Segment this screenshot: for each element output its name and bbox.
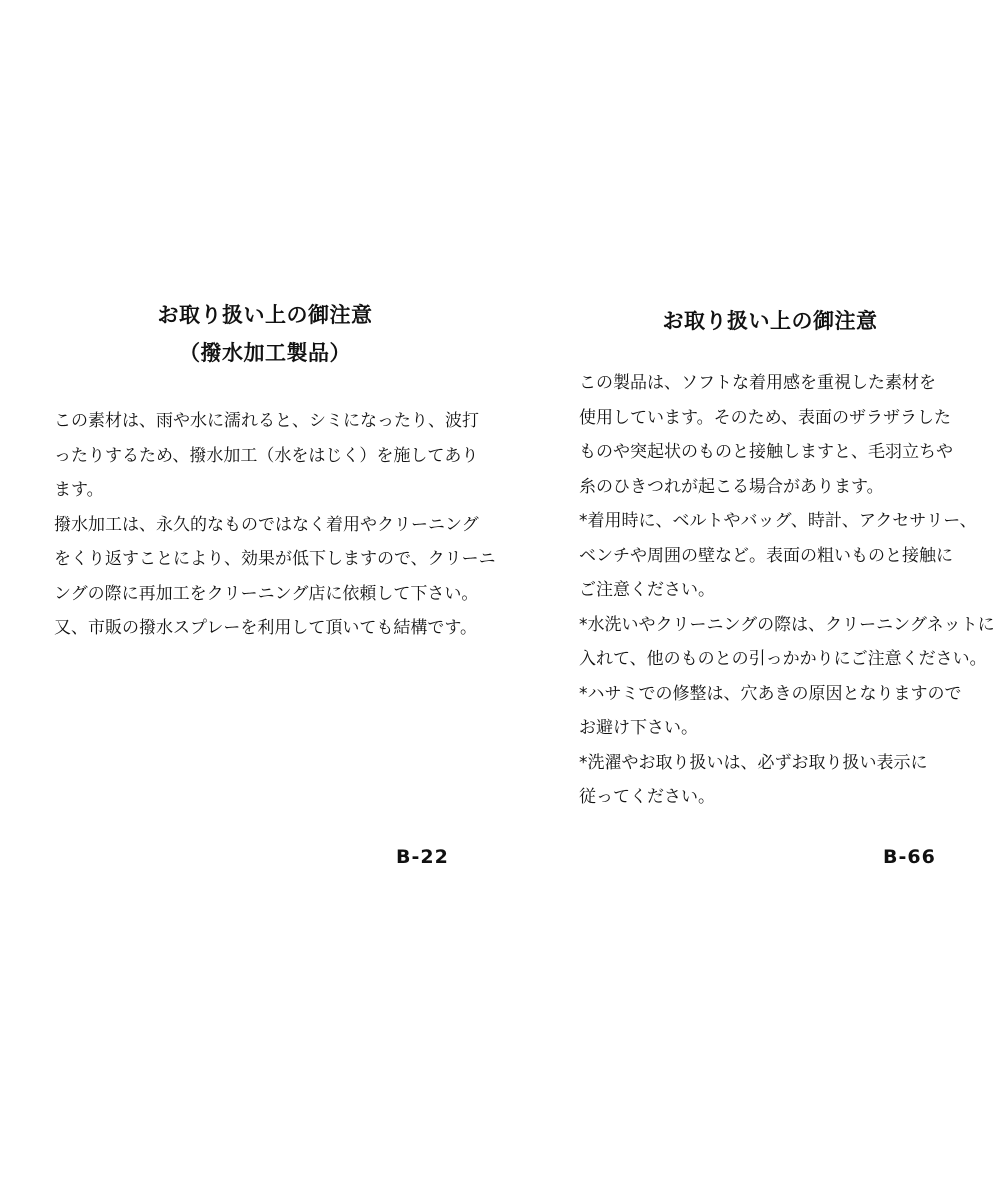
body-line: この素材は、雨や水に濡れると、シミになったり、波打 (54, 404, 510, 439)
body-line: お避け下さい。 (579, 711, 970, 746)
body-line: をくり返すことにより、効果が低下しますので、クリーニ (54, 542, 510, 577)
title-block: お取り扱い上の御注意 （撥水加工製品） (40, 296, 490, 372)
body-line: ます。 (54, 473, 510, 508)
notice-title: お取り扱い上の御注意 (570, 302, 970, 340)
body-line: ベンチや周囲の壁など。表面の粗いものと接触に (579, 539, 970, 574)
body-line: ングの際に再加工をクリーニング店に依頼して下さい。 (54, 577, 510, 612)
body-line: ものや突起状のものと接触しますと、毛羽立ちや (579, 435, 970, 470)
body-line: 従ってください。 (579, 780, 970, 815)
care-notice-water-repellent: お取り扱い上の御注意 （撥水加工製品） この素材は、雨や水に濡れると、シミになっ… (40, 296, 510, 646)
care-notice-soft-material: お取り扱い上の御注意 この製品は、ソフトな着用感を重視した素材を 使用しています… (570, 302, 970, 815)
body-line: ったりするため、撥水加工（水をはじく）を施してあり (54, 439, 510, 474)
notice-subtitle: （撥水加工製品） (40, 334, 490, 372)
notice-code-b22: B-22 (396, 846, 449, 868)
body-line: *着用時に、ベルトやバッグ、時計、アクセサリー、 (579, 504, 970, 539)
body-line: 糸のひきつれが起こる場合があります。 (579, 470, 970, 505)
body-line: *洗濯やお取り扱いは、必ずお取り扱い表示に (579, 746, 970, 781)
notice-body: この製品は、ソフトな着用感を重視した素材を 使用しています。そのため、表面のザラ… (570, 366, 970, 815)
body-line: 使用しています。そのため、表面のザラザラした (579, 401, 970, 436)
body-line: ご注意ください。 (579, 573, 970, 608)
body-line: 撥水加工は、永久的なものではなく着用やクリーニング (54, 508, 510, 543)
body-line: 入れて、他のものとの引っかかりにご注意ください。 (579, 642, 970, 677)
body-line: 又、市販の撥水スプレーを利用して頂いても結構です。 (54, 611, 510, 646)
body-line: *水洗いやクリーニングの際は、クリーニングネットに (579, 608, 970, 643)
body-line: *ハサミでの修整は、穴あきの原因となりますので (579, 677, 970, 712)
notice-title: お取り扱い上の御注意 (40, 296, 490, 334)
body-line: この製品は、ソフトな着用感を重視した素材を (579, 366, 970, 401)
title-block: お取り扱い上の御注意 (570, 302, 970, 340)
notice-body: この素材は、雨や水に濡れると、シミになったり、波打 ったりするため、撥水加工（水… (40, 404, 510, 646)
notice-code-b66: B-66 (883, 846, 936, 868)
